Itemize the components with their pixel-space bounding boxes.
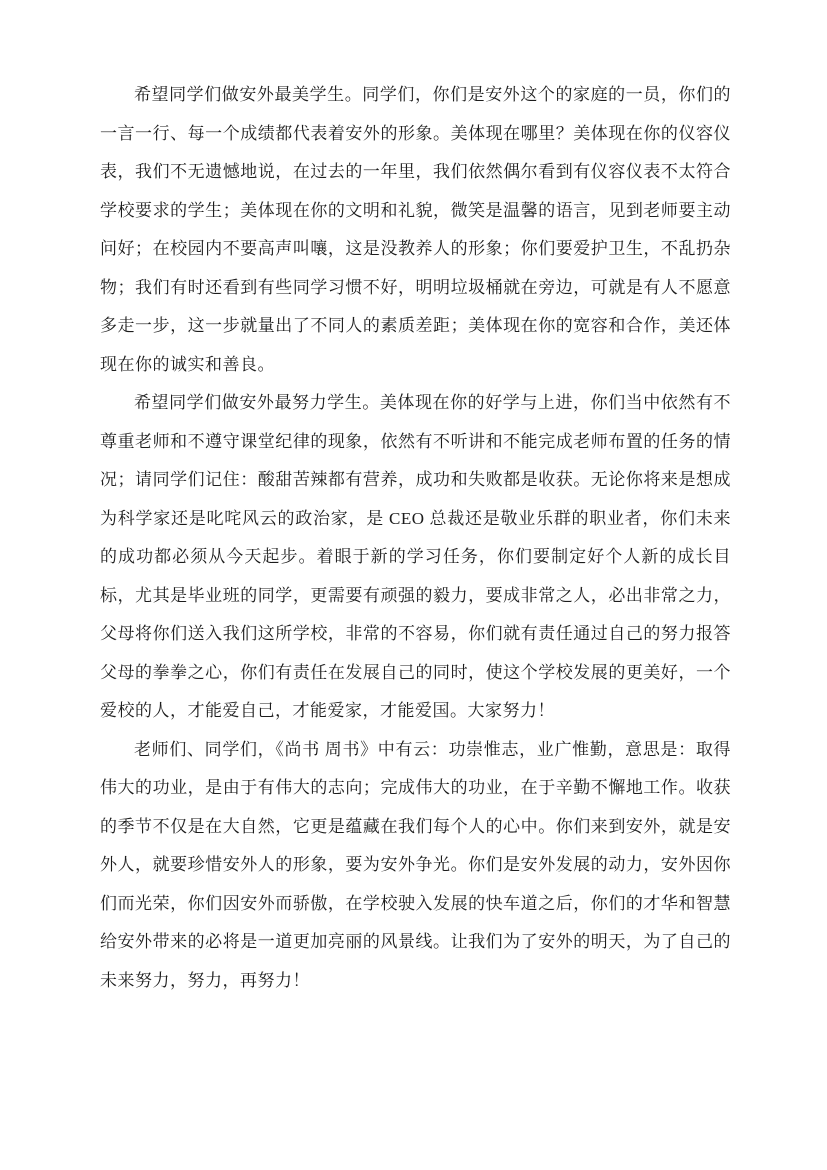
document-text-block: 希望同学们做安外最美学生。同学们，你们是安外这个的家庭的一员，你们的一言一行、每… [100,76,731,1000]
paragraph-1: 希望同学们做安外最美学生。同学们，你们是安外这个的家庭的一员，你们的一言一行、每… [100,76,731,384]
paragraph-3: 老师们、同学们，《尚书 周书》中有云：功崇惟志，业广惟勤，意思是：取得伟大的功业… [100,731,731,1001]
paragraph-2: 希望同学们做安外最努力学生。美体现在你的好学与上进，你们当中依然有不尊重老师和不… [100,384,731,731]
document-page: 希望同学们做安外最美学生。同学们，你们是安外这个的家庭的一员，你们的一言一行、每… [0,0,827,1170]
